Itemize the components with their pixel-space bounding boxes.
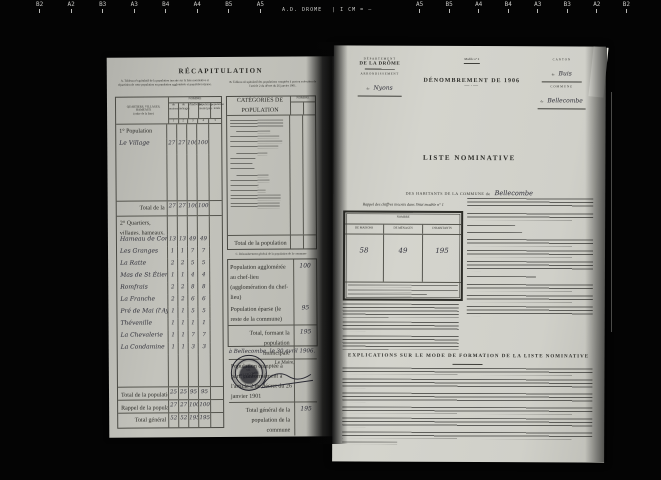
cell-value: 100 [186,138,196,154]
cell-value: 3 [198,342,210,354]
place-name: La Chevalerie [118,330,168,342]
summary-value: 95 [293,302,316,324]
table-b-categories: CATÉGORIES DE POPULATION NOMBRE [226,95,317,250]
canton-value-line: de Buis [530,62,594,80]
section2-note: 2° Quartiers, villages, hameaux, écarts,… [117,216,167,234]
cell-value: 1 [197,318,209,330]
ruler-mark: A2 [68,2,75,7]
cell-value: 2 [167,282,177,294]
section-a-heading: A. Tableau récapitulatif de la populatio… [115,79,215,87]
table-row: Hameau de Cornudel 13 13 49 49 [117,234,222,247]
cell-value: 2 [167,294,177,306]
table-row: La Franche 2 2 6 6 [117,294,222,307]
cell-value: 95 [188,387,198,399]
recall-value-menages: 49 [383,235,422,282]
instructions-left-column [343,303,459,350]
ruler-mark: A5 [257,2,264,7]
ruler-mark: A3 [131,2,138,7]
cell-value: 4 [197,270,209,282]
place-name: Les Granges [117,246,167,258]
table-row: Romfrais 2 2 8 8 [117,282,222,295]
col-header: population municipale [198,103,210,118]
summary-row: Population agglomérée au chef-lieu (aggl… [228,259,316,303]
place-name: La Condamine [118,342,168,354]
commune-value: Bellecombe [547,97,582,104]
cell-value: 1 [178,330,188,342]
right-page-liste-nominative: DÉPARTEMENT DE LA DRÔME ARRONDISSEMENT d… [332,45,606,462]
cell-value: 1 [168,330,178,342]
left-page-recapitulation: RÉCAPITULATION A. Tableau récapitulatif … [107,56,338,438]
summary-value: 100 [293,259,316,302]
cell-value: 52 [178,413,188,427]
col-number: 3 [187,120,197,124]
table-row: Mas de St Étienne 1 1 4 4 [117,270,222,283]
place-name: Mas de St Étienne [117,270,167,282]
cell-value: 1 [177,246,187,258]
date-line: à Bellecombe, le 30 avril 1906. [229,348,329,355]
cell-value: 5 [187,306,197,318]
table-b-rows-illegible [227,116,290,235]
cell-value: 13 [177,234,187,246]
cell-value: 7 [187,246,197,258]
cell-value: 195 [198,413,210,427]
cell-value: 27 [177,201,187,215]
cell-value: 7 [188,330,198,342]
ruler-mark: A4 [475,2,482,7]
arrondissement-value-line: de Nyons [344,76,416,94]
table-row: La Condamine 1 1 3 3 [118,342,223,355]
recall-col-header: DE MÉNAGES [383,225,422,234]
table-row: Les Granges 1 1 7 7 [117,246,222,259]
ruler-mark: B3 [99,2,106,7]
total-label: Total de la population éparse [118,387,168,399]
cell-value: 1 [177,318,187,330]
canton-value: Buis [559,70,572,77]
section1-note: 1° Population agglomérée au chef-lieu de… [116,124,166,138]
summary-label: Population éparse (le reste de la commun… [228,303,293,325]
mairie-stamp: MAIRIE DE BELLECOMBE (DRÔME) [231,355,267,391]
table-a-header-sub: (ordre de la liste) [119,112,168,116]
cell-value: 25 [178,387,188,399]
cell-value: 1 [167,306,177,318]
cell-value: 13 [167,234,177,246]
place-name: La Franche [117,294,167,306]
ruler-marks-left: B2 A2 B3 A3 B4 A4 B5 A5 [36,2,264,13]
ruler-marks-right: A5 B5 A4 B4 A3 B3 A2 B2 [416,2,630,13]
explications-body-illegible [342,367,592,445]
cell-value: 100 [197,201,209,215]
table-row: Thévenille 1 1 1 1 [117,318,222,331]
summary-row: Population éparse (le reste de la commun… [228,302,316,325]
cell-value: 3 [188,342,198,354]
recall-box: NOMBRE DE MAISONS DE MÉNAGES D'HABITANTS… [343,210,463,301]
cell-value: 7 [197,246,209,258]
ruler-mark: A2 [593,2,600,7]
cell-value: 5 [197,306,209,318]
table-a-population: QUARTIERS, VILLAGES, HAMEAUX (ordre de l… [115,96,224,429]
cell-value: 5 [187,258,197,270]
ruler-mark: B2 [623,2,630,7]
total-label: Total général de la population inscrite … [118,413,168,427]
cell-value: 6 [197,294,209,306]
col-number: 1 [169,120,178,124]
col-header: de ménages [178,103,188,118]
section-b-heading: B. Tableau récapitulatif des populations… [225,80,321,88]
cell-value: 2 [177,282,187,294]
total-label: Rappel de la population agglomérée au ch… [118,400,168,412]
archive-label: A.D. DROME [282,7,322,13]
ruler-mark: B5 [225,2,232,7]
cell-value: 195 [188,413,198,427]
place-name: La Ratte [117,258,167,270]
cell-value: 27 [167,201,177,215]
arrondissement-value: Nyons [374,84,393,91]
summary-label: Population agglomérée au chef-lieu (aggl… [228,260,293,303]
cell-value: 1 [177,306,187,318]
cell-value: 8 [187,282,197,294]
ruler-mark: B5 [446,2,453,7]
canton-block: CANTON de Buis COMMUNE de Bellecombe [530,58,594,111]
place-name: Pré de Mai (l'Ayle) [117,306,167,318]
cell-value: 1 [178,342,188,354]
ruler-mark: A4 [194,2,201,7]
summary-label: Total général de la population de la com… [229,403,294,436]
section-c-title: C. Dénombrement général de la population… [227,252,315,256]
explications-title: EXPLICATIONS SUR LE MODE DE FORMATION DE… [333,353,605,359]
stamp-text: MAIRIE DE BELLECOMBE (DRÔME) [238,365,260,381]
table-row: La Chevalerie 1 1 7 7 [118,330,223,343]
recall-value-maisons: 58 [345,234,383,281]
place-name: Thévenille [117,318,167,330]
department-value: DE LA DRÔME [344,61,416,67]
signer-title: Le Maire, [275,360,295,365]
table-b-header-label: CATÉGORIES DE POPULATION [227,97,290,115]
cell-value: 49 [197,234,209,246]
census-header: Modèle n° 2 DÉNOMBREMENT DE 1906 —·— [422,58,522,90]
cell-value: 1 [168,342,178,354]
cell-value: 100 [187,201,197,215]
flourish-divider: —·— [422,84,522,89]
col-number: 2 [178,120,188,124]
cell-value: 25 [168,387,178,399]
recall-group-header: NOMBRE [345,212,461,225]
cell-value: 6 [187,294,197,306]
col-number: 5 [209,119,222,123]
liste-title: LISTE NOMINATIVE [333,153,605,162]
col-header: d'individus [188,103,198,118]
cell-value: 49 [187,234,197,246]
cell-value: 1 [167,318,177,330]
section-c-table: Population agglomérée au chef-lieu (aggl… [227,258,318,347]
liste-subtitle: DES HABITANTS DE LA COMMUNE de [406,191,491,196]
place-name: Romfrais [117,282,167,294]
col-header: de maisons [169,103,178,118]
cell-value: 27 [176,138,186,154]
cell-value: 2 [177,294,187,306]
mayor-signature [259,368,315,390]
cell-value: 100 [188,400,198,412]
col-number: 4 [197,119,209,123]
liste-subtitle-value: Bellecombe [495,189,533,197]
cell-value: 52 [168,413,178,427]
ruler-mark: B4 [162,2,169,7]
scale-label: | I CM = — [332,7,372,13]
table-row: Le Village 27 27 100 100 [116,138,221,155]
cell-value: 27 [168,400,178,412]
cell-value: 1 [167,246,177,258]
cell-value: 2 [177,258,187,270]
cell-value: 2 [167,258,177,270]
cell-value: 100 [198,400,210,412]
cell-value: 1 [167,270,177,282]
cell-value: 95 [198,387,210,399]
table-row-total: Total de la population agglomérée au che… [117,200,222,217]
recall-value-habitants: 195 [422,235,461,282]
cell-value: 8 [197,282,209,294]
ruler-mark: A3 [534,2,541,7]
microfilm-scan: B2 A2 B3 A3 B4 A4 B5 A5 A.D. DROME | I C… [0,0,661,480]
ruler-mark: B3 [564,2,571,7]
cell-value: 7 [198,330,210,342]
commune-value-line: de Bellecombe [530,89,594,107]
page-edge-highlight [611,92,612,332]
table-b-total-label: Total de la population comptée à part [228,236,290,249]
ruler-mark: B4 [505,2,512,7]
film-strip-label: A.D. DROME | I CM = — [282,7,422,13]
table-row-total: Rappel de la population agglomérée au ch… [118,399,223,413]
table-row-total: Total général de la population inscrite … [118,412,223,428]
cell-value: 27 [178,400,188,412]
recall-caption: Rappel des chiffres inscrits dans l'état… [351,201,455,206]
cell-value: 4 [187,270,197,282]
col-header: population totale [210,103,223,118]
table-row: La Ratte 2 2 5 5 [117,258,222,271]
cell-value: 1 [187,318,197,330]
place-name: Hameau de Cornudel [117,234,167,246]
cell-value: 27 [166,138,176,154]
recall-col-header: D'HABITANTS [422,225,461,234]
cell-value: 100 [196,138,208,154]
total-label: Total de la population agglomérée au che… [117,201,167,215]
summary-row: Total général de la population de la com… [229,401,317,436]
recall-footnote-illegible [345,281,461,299]
page-title: RÉCAPITULATION [107,66,335,76]
cell-value: 1 [177,270,187,282]
recall-col-header: DE MAISONS [345,224,383,233]
film-ruler-strip: B2 A2 B3 A3 B4 A4 B5 A5 A.D. DROME | I C… [0,2,661,18]
cell-value: 5 [197,258,209,270]
place-name: Le Village [116,138,166,154]
model-label: Modèle n° 2 [422,58,522,62]
table-row: Pré de Mai (l'Ayle) 1 1 5 5 [117,306,222,319]
summary-value: 195 [294,402,317,435]
instructions-right-column [467,198,594,317]
table-row-total: Total de la population éparse 25 25 95 9… [118,386,223,400]
ruler-mark: B2 [36,2,43,7]
department-block: DÉPARTEMENT DE LA DRÔME ARRONDISSEMENT d… [344,57,416,98]
ruler-mark: A5 [416,2,423,7]
